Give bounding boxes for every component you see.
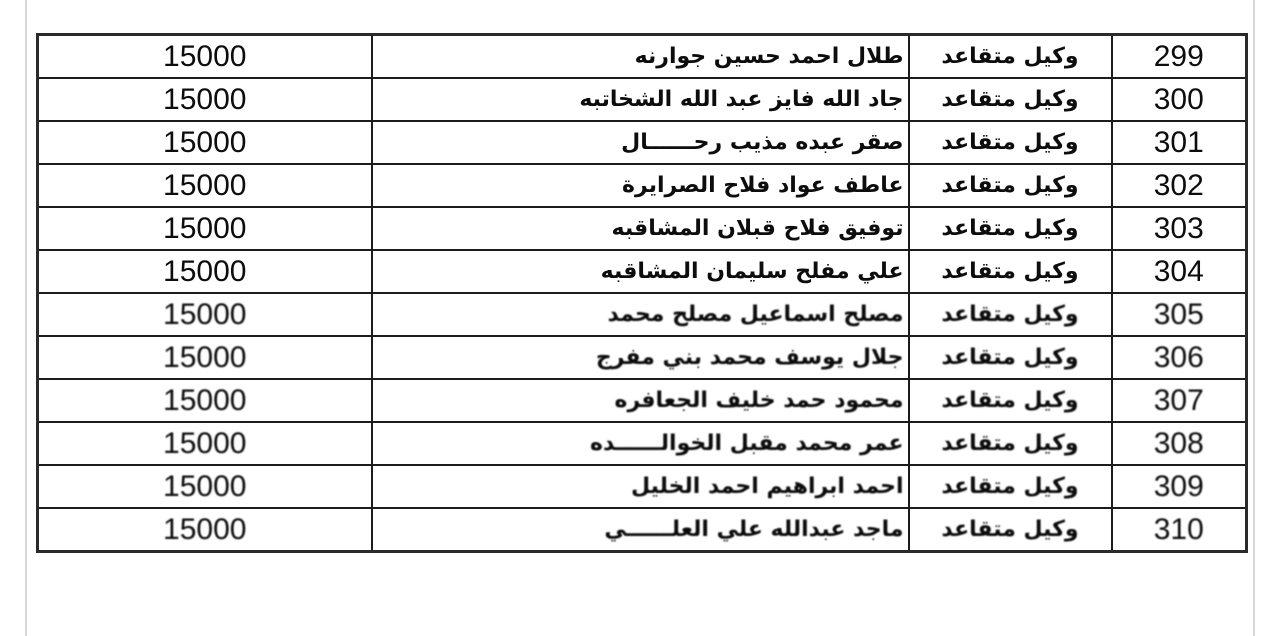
rank-cell: وكيل متقاعد [909,121,1112,164]
name-cell: طلال احمد حسين جوارنه [372,35,909,79]
table-row: 299 وكيل متقاعد طلال احمد حسين جوارنه 15… [38,35,1247,79]
amount-cell: 15000 [38,508,372,552]
amount-cell: 15000 [38,78,372,121]
amount-cell: 15000 [38,379,372,422]
document-page: 299 وكيل متقاعد طلال احمد حسين جوارنه 15… [0,0,1280,636]
row-number-cell: 299 [1112,35,1247,79]
row-number-cell: 304 [1112,250,1247,293]
table-row: 302 وكيل متقاعد عاطف عواد فلاح الصرايرة … [38,164,1247,207]
name-cell: محمود حمد خليف الجعافره [372,379,909,422]
amount-cell: 15000 [38,293,372,336]
name-cell: جاد الله فايز عبد الله الشخاتبه [372,78,909,121]
rank-cell: وكيل متقاعد [909,379,1112,422]
row-number-cell: 310 [1112,508,1247,552]
rank-cell: وكيل متقاعد [909,465,1112,508]
rank-cell: وكيل متقاعد [909,336,1112,379]
table-row: 309 وكيل متقاعد احمد ابراهيم احمد الخليل… [38,465,1247,508]
rank-cell: وكيل متقاعد [909,164,1112,207]
table-row: 305 وكيل متقاعد مصلح اسماعيل مصلح محمد 1… [38,293,1247,336]
table-row: 306 وكيل متقاعد جلال يوسف محمد بني مفرج … [38,336,1247,379]
row-number-cell: 305 [1112,293,1247,336]
page-edge-right-divider [1253,0,1255,636]
row-number-cell: 300 [1112,78,1247,121]
retirees-table: 299 وكيل متقاعد طلال احمد حسين جوارنه 15… [36,33,1248,553]
row-number-cell: 301 [1112,121,1247,164]
rank-cell: وكيل متقاعد [909,78,1112,121]
rank-cell: وكيل متقاعد [909,35,1112,79]
table-row: 308 وكيل متقاعد عمر محمد مقبل الخوالــــ… [38,422,1247,465]
row-number-cell: 308 [1112,422,1247,465]
amount-cell: 15000 [38,207,372,250]
rank-cell: وكيل متقاعد [909,293,1112,336]
amount-cell: 15000 [38,164,372,207]
row-number-cell: 306 [1112,336,1247,379]
rank-cell: وكيل متقاعد [909,422,1112,465]
row-number-cell: 302 [1112,164,1247,207]
amount-cell: 15000 [38,250,372,293]
amount-cell: 15000 [38,35,372,79]
name-cell: عاطف عواد فلاح الصرايرة [372,164,909,207]
table-row: 310 وكيل متقاعد ماجد عبدالله علي العلـــ… [38,508,1247,552]
rank-cell: وكيل متقاعد [909,508,1112,552]
page-edge-left-divider [25,0,27,636]
table-row: 300 وكيل متقاعد جاد الله فايز عبد الله ا… [38,78,1247,121]
table-row: 307 وكيل متقاعد محمود حمد خليف الجعافره … [38,379,1247,422]
amount-cell: 15000 [38,336,372,379]
amount-cell: 15000 [38,465,372,508]
name-cell: صقر عبده مذيب رحــــــال [372,121,909,164]
rank-cell: وكيل متقاعد [909,250,1112,293]
table-row: 304 وكيل متقاعد علي مفلح سليمان المشاقبه… [38,250,1247,293]
row-number-cell: 303 [1112,207,1247,250]
table-row: 303 وكيل متقاعد توفيق فلاح قبلان المشاقب… [38,207,1247,250]
amount-cell: 15000 [38,121,372,164]
name-cell: مصلح اسماعيل مصلح محمد [372,293,909,336]
amount-cell: 15000 [38,422,372,465]
name-cell: جلال يوسف محمد بني مفرج [372,336,909,379]
name-cell: توفيق فلاح قبلان المشاقبه [372,207,909,250]
name-cell: ماجد عبدالله علي العلــــــي [372,508,909,552]
name-cell: علي مفلح سليمان المشاقبه [372,250,909,293]
name-cell: عمر محمد مقبل الخوالــــــده [372,422,909,465]
table-row: 301 وكيل متقاعد صقر عبده مذيب رحــــــال… [38,121,1247,164]
name-cell: احمد ابراهيم احمد الخليل [372,465,909,508]
row-number-cell: 309 [1112,465,1247,508]
row-number-cell: 307 [1112,379,1247,422]
rank-cell: وكيل متقاعد [909,207,1112,250]
